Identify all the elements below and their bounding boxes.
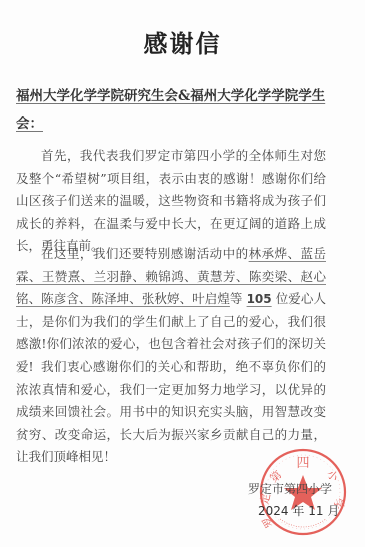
- donor-count: 105: [247, 292, 272, 306]
- salutation: 福州大学化学学院研究生会&福州大学化学学院学生会：: [16, 82, 326, 138]
- p2-mid: 等: [230, 291, 243, 306]
- svg-text:四: 四: [296, 456, 309, 471]
- date-month-unit: 月: [327, 504, 339, 518]
- letter-page: 感谢信 福州大学化学学院研究生会&福州大学化学学院学生会： 首先，我代表我们罗定…: [0, 0, 365, 547]
- paragraph-intro: 首先，我代表我们罗定市第四小学的全体师生对您及整个“希望树”项目组，表示由衷的感…: [16, 145, 326, 258]
- date-year-unit: 年: [292, 504, 304, 518]
- date-month: 11: [308, 504, 323, 518]
- letter-title: 感谢信: [0, 24, 365, 59]
- signature-school: 罗定市第四小学: [248, 480, 332, 497]
- p2-prefix: 在这里，我们还要特别感谢活动中的: [41, 246, 249, 261]
- date-year: 2024: [258, 504, 289, 518]
- salutation-text: 福州大学化学学院研究生会&福州大学化学学院学生会：: [16, 88, 325, 132]
- letter-date: 2024 年 11 月: [258, 502, 339, 519]
